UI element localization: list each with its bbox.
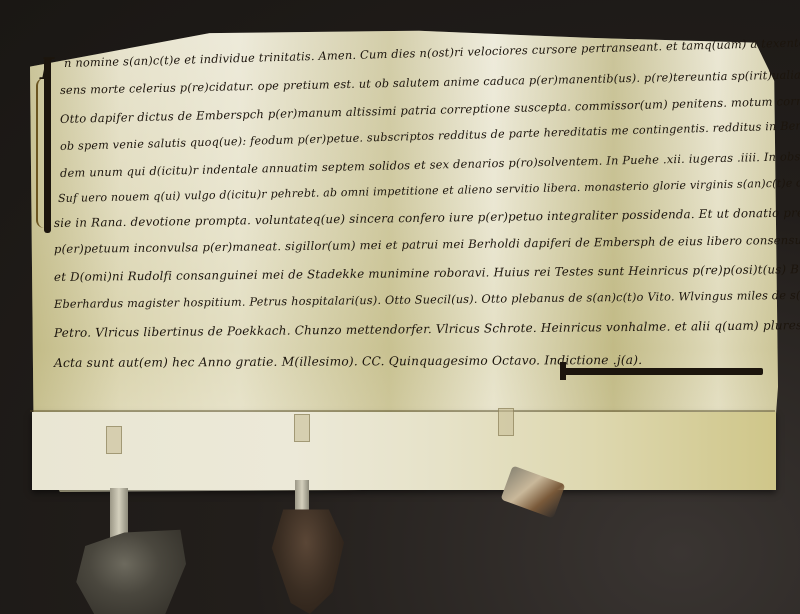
wax-seal-left [74,528,186,614]
seal-slit [294,414,310,442]
seal-slit [106,426,122,454]
seal-slit [498,408,514,436]
decorated-initial: I [36,58,62,236]
wax-seal-middle [268,504,344,614]
closing-flourish-line [563,368,763,375]
plica-fold-flap [32,412,776,490]
seal-strap-left [110,488,128,538]
initial-letter: I [40,52,54,87]
